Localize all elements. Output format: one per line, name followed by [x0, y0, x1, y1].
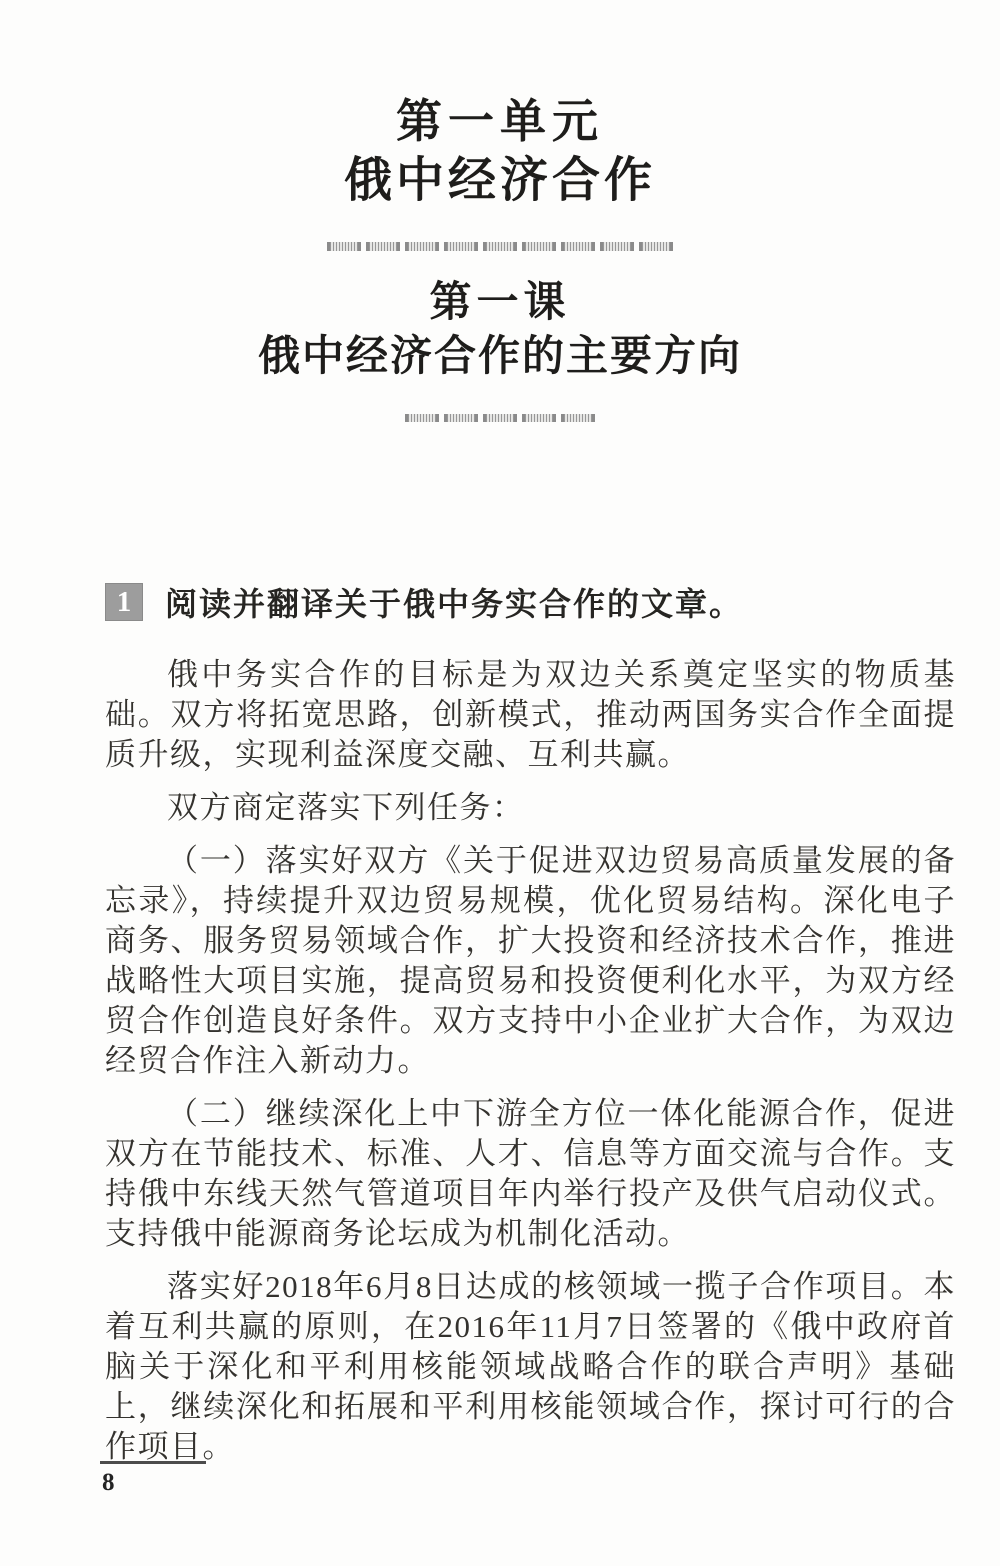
- lesson-header: 第一课 俄中经济合作的主要方向: [0, 274, 1000, 382]
- divider-segment: [522, 414, 556, 422]
- divider-segment: [522, 242, 556, 251]
- lesson-title-heading: 俄中经济合作的主要方向: [0, 332, 1000, 382]
- footer-rule: [100, 1461, 206, 1464]
- page-number: 8: [102, 1469, 115, 1497]
- article-paragraph-task-1: （一）落实好双方《关于促进双边贸易高质量发展的备忘录》，持续提升双边贸易规模，优…: [105, 841, 956, 1081]
- divider-segment: [405, 414, 439, 422]
- unit-title-heading: 俄中经济合作: [0, 152, 1000, 210]
- unit-header: 第一单元 俄中经济合作: [0, 92, 1000, 210]
- article-paragraph-task-2: （二）继续深化上中下游全方位一体化能源合作，促进双方在节能技术、标准、人才、信息…: [105, 1094, 956, 1254]
- divider-segment: [444, 242, 478, 251]
- divider-segment: [405, 242, 439, 251]
- divider-segment: [444, 414, 478, 422]
- scanned-textbook-page: 第一单元 俄中经济合作 第一课 俄中经济合作的主要方向 1 阅读并翻译关于俄中务…: [0, 0, 1000, 1566]
- divider-segment: [639, 242, 673, 251]
- divider-segment: [600, 242, 634, 251]
- exercise-row: 1 阅读并翻译关于俄中务实合作的文章。: [105, 583, 965, 624]
- unit-number-heading: 第一单元: [0, 92, 1000, 152]
- lesson-number-heading: 第一课: [0, 274, 1000, 332]
- article-paragraph-intro: 俄中务实合作的目标是为双边关系奠定坚实的物质基础。双方将拓宽思路，创新模式，推动…: [105, 655, 956, 775]
- divider-segment: [561, 414, 595, 422]
- exercise-prompt: 阅读并翻译关于俄中务实合作的文章。: [165, 583, 743, 624]
- article-body: 俄中务实合作的目标是为双边关系奠定坚实的物质基础。双方将拓宽思路，创新模式，推动…: [105, 655, 956, 1467]
- article-paragraph-tasks-lead: 双方商定落实下列任务：: [105, 788, 956, 828]
- exercise-number-badge: 1: [105, 583, 143, 621]
- ornamental-divider-lesson: [405, 414, 595, 422]
- divider-segment: [483, 242, 517, 251]
- article-paragraph-nuclear: 落实好2018年6月8日达成的核领域一揽子合作项目。本着互利共赢的原则，在201…: [105, 1267, 956, 1467]
- divider-segment: [561, 242, 595, 251]
- divider-segment: [366, 242, 400, 251]
- divider-segment: [327, 242, 361, 251]
- divider-segment: [483, 414, 517, 422]
- ornamental-divider-unit: [327, 242, 673, 251]
